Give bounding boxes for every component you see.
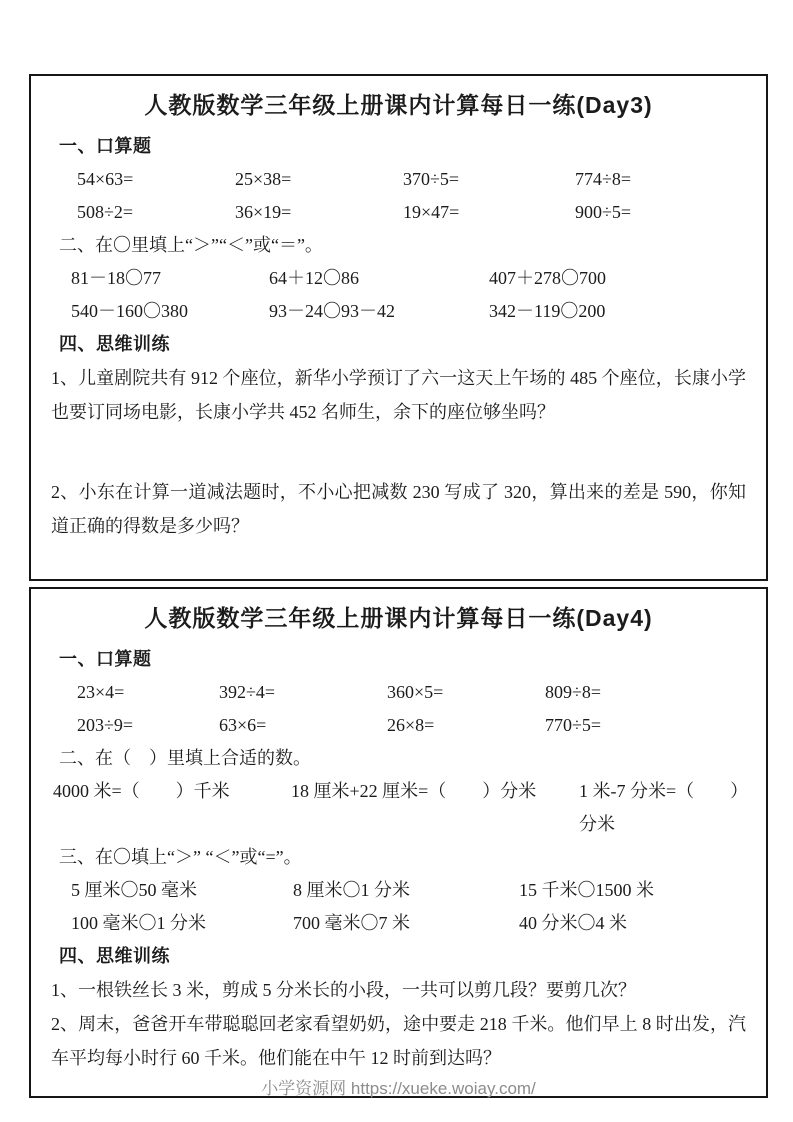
worksheet-title: 人教版数学三年级上册课内计算每日一练(Day4) bbox=[51, 601, 746, 635]
calc-item: 370÷5= bbox=[403, 163, 575, 196]
calc-item: 392÷4= bbox=[219, 676, 387, 709]
section-heading-compare: 三、在〇填上“＞” “＜”或“=”。 bbox=[59, 841, 746, 874]
fill-item: 4000 米=（ ）千米 bbox=[53, 775, 291, 841]
calc-item: 770÷5= bbox=[545, 709, 746, 742]
calc-item: 203÷9= bbox=[77, 709, 219, 742]
compare-item: 81－18〇77 bbox=[71, 262, 269, 295]
section-heading-fill-blanks: 二、在（ ）里填上合适的数。 bbox=[59, 742, 746, 775]
section-heading-oral-calc: 一、口算题 bbox=[59, 643, 746, 676]
compare-item: 407＋278〇700 bbox=[489, 262, 746, 295]
compare-item: 93－24〇93－42 bbox=[269, 295, 489, 328]
section-heading-thinking: 四、思维训练 bbox=[59, 940, 746, 973]
oral-calc-row: 508÷2= 36×19= 19×47= 900÷5= bbox=[77, 196, 746, 229]
compare-item: 342－119〇200 bbox=[489, 295, 746, 328]
calc-item: 900÷5= bbox=[575, 196, 746, 229]
compare-item: 540－160〇380 bbox=[71, 295, 269, 328]
fill-blanks-row: 4000 米=（ ）千米 18 厘米+22 厘米=（ ）分米 1 米-7 分米=… bbox=[53, 775, 746, 841]
compare-item: 100 毫米〇1 分米 bbox=[71, 907, 293, 940]
fill-item: 1 米-7 分米=（ ）分米 bbox=[579, 775, 746, 841]
calc-item: 508÷2= bbox=[77, 196, 235, 229]
calc-item: 360×5= bbox=[387, 676, 545, 709]
oral-calc-row: 203÷9= 63×6= 26×8= 770÷5= bbox=[77, 709, 746, 742]
fill-item: 18 厘米+22 厘米=（ ）分米 bbox=[291, 775, 579, 841]
word-problem-1: 1、儿童剧院共有 912 个座位，新华小学预订了六一这天上午场的 485 个座位… bbox=[51, 361, 746, 429]
worksheet-day3: 人教版数学三年级上册课内计算每日一练(Day3) 一、口算题 54×63= 25… bbox=[29, 74, 768, 581]
calc-item: 36×19= bbox=[235, 196, 403, 229]
compare-item: 700 毫米〇7 米 bbox=[293, 907, 519, 940]
compare-row: 81－18〇77 64＋12〇86 407＋278〇700 bbox=[71, 262, 746, 295]
calc-item: 19×47= bbox=[403, 196, 575, 229]
oral-calc-row: 54×63= 25×38= 370÷5= 774÷8= bbox=[77, 163, 746, 196]
compare-row: 540－160〇380 93－24〇93－42 342－119〇200 bbox=[71, 295, 746, 328]
answer-space bbox=[51, 429, 746, 475]
compare-row: 100 毫米〇1 分米 700 毫米〇7 米 40 分米〇4 米 bbox=[71, 907, 746, 940]
oral-calc-row: 23×4= 392÷4= 360×5= 809÷8= bbox=[77, 676, 746, 709]
section-heading-oral-calc: 一、口算题 bbox=[59, 130, 746, 163]
compare-item: 8 厘米〇1 分米 bbox=[293, 874, 519, 907]
word-problem-2: 2、周末，爸爸开车带聪聪回老家看望奶奶，途中要走 218 千米。他们早上 8 时… bbox=[51, 1007, 746, 1075]
word-problem-1: 1、一根铁丝长 3 米，剪成 5 分米长的小段，一共可以剪几段？要剪几次？ bbox=[51, 973, 746, 1007]
compare-item: 15 千米〇1500 米 bbox=[519, 874, 746, 907]
worksheet-day4: 人教版数学三年级上册课内计算每日一练(Day4) 一、口算题 23×4= 392… bbox=[29, 587, 768, 1098]
calc-item: 23×4= bbox=[77, 676, 219, 709]
calc-item: 809÷8= bbox=[545, 676, 746, 709]
section-heading-thinking: 四、思维训练 bbox=[59, 328, 746, 361]
word-problem-2: 2、小东在计算一道减法题时，不小心把减数 230 写成了 320，算出来的差是 … bbox=[51, 475, 746, 543]
compare-item: 5 厘米〇50 毫米 bbox=[71, 874, 293, 907]
section-heading-compare: 二、在〇里填上“＞”“＜”或“＝”。 bbox=[59, 229, 746, 262]
footer-credit: 小学资源网 https://xueke.woiay.com/ bbox=[51, 1075, 746, 1107]
calc-item: 54×63= bbox=[77, 163, 235, 196]
calc-item: 63×6= bbox=[219, 709, 387, 742]
compare-item: 40 分米〇4 米 bbox=[519, 907, 746, 940]
compare-row: 5 厘米〇50 毫米 8 厘米〇1 分米 15 千米〇1500 米 bbox=[71, 874, 746, 907]
calc-item: 774÷8= bbox=[575, 163, 746, 196]
compare-item: 64＋12〇86 bbox=[269, 262, 489, 295]
calc-item: 26×8= bbox=[387, 709, 545, 742]
worksheet-title: 人教版数学三年级上册课内计算每日一练(Day3) bbox=[51, 88, 746, 122]
calc-item: 25×38= bbox=[235, 163, 403, 196]
